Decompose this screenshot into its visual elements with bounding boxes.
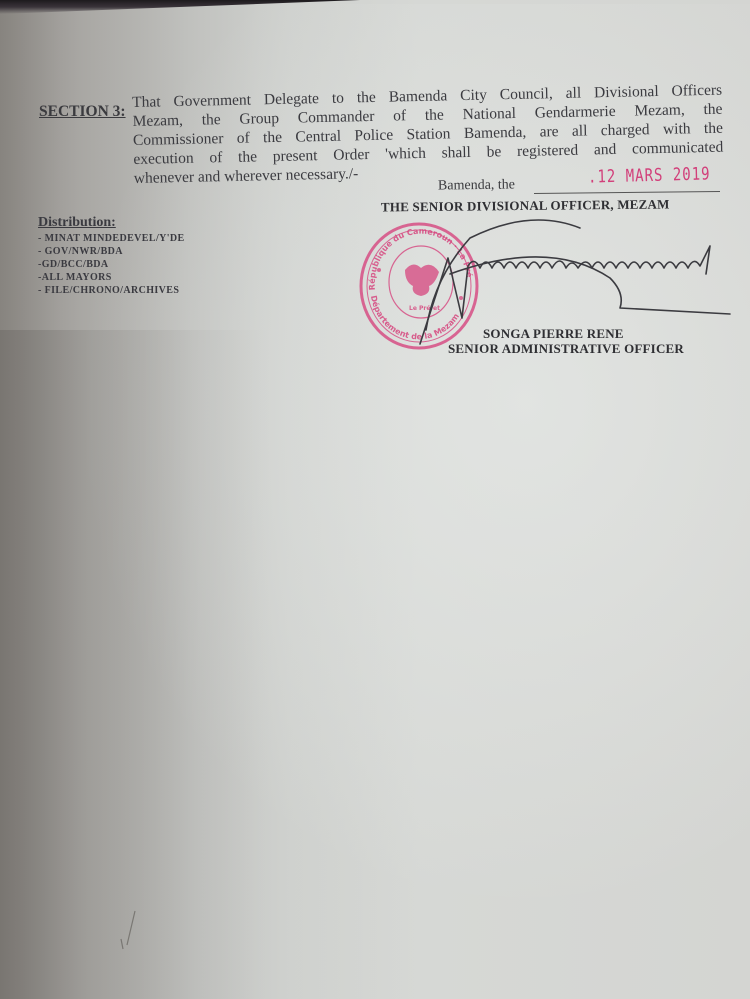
distribution-item: - FILE/CHRONO/ARCHIVES bbox=[38, 284, 185, 297]
distribution-item: -GD/BCC/BDA bbox=[38, 258, 185, 271]
distribution-list: Distribution: - MINAT MINDEDEVEL/Y'DE - … bbox=[38, 215, 185, 297]
place-date-label: Bamenda, the bbox=[438, 177, 515, 194]
signatory-office: THE SENIOR DIVISIONAL OFFICER, MEZAM bbox=[381, 196, 670, 215]
date-stamp: .12 MARS 2019 bbox=[588, 164, 711, 187]
signatory-rank: SENIOR ADMINISTRATIVE OFFICER bbox=[448, 341, 684, 357]
signatory-name: SONGA PIERRE RENE bbox=[483, 326, 624, 342]
distribution-item: - GOV/NWR/BDA bbox=[38, 245, 185, 258]
stray-pencil-mark-icon bbox=[115, 905, 145, 955]
distribution-item: - MINAT MINDEDEVEL/Y'DE bbox=[38, 232, 185, 245]
distribution-heading: Distribution: bbox=[38, 215, 185, 231]
distribution-item: -ALL MAYORS bbox=[38, 271, 185, 284]
section-label: SECTION 3: bbox=[39, 102, 126, 121]
